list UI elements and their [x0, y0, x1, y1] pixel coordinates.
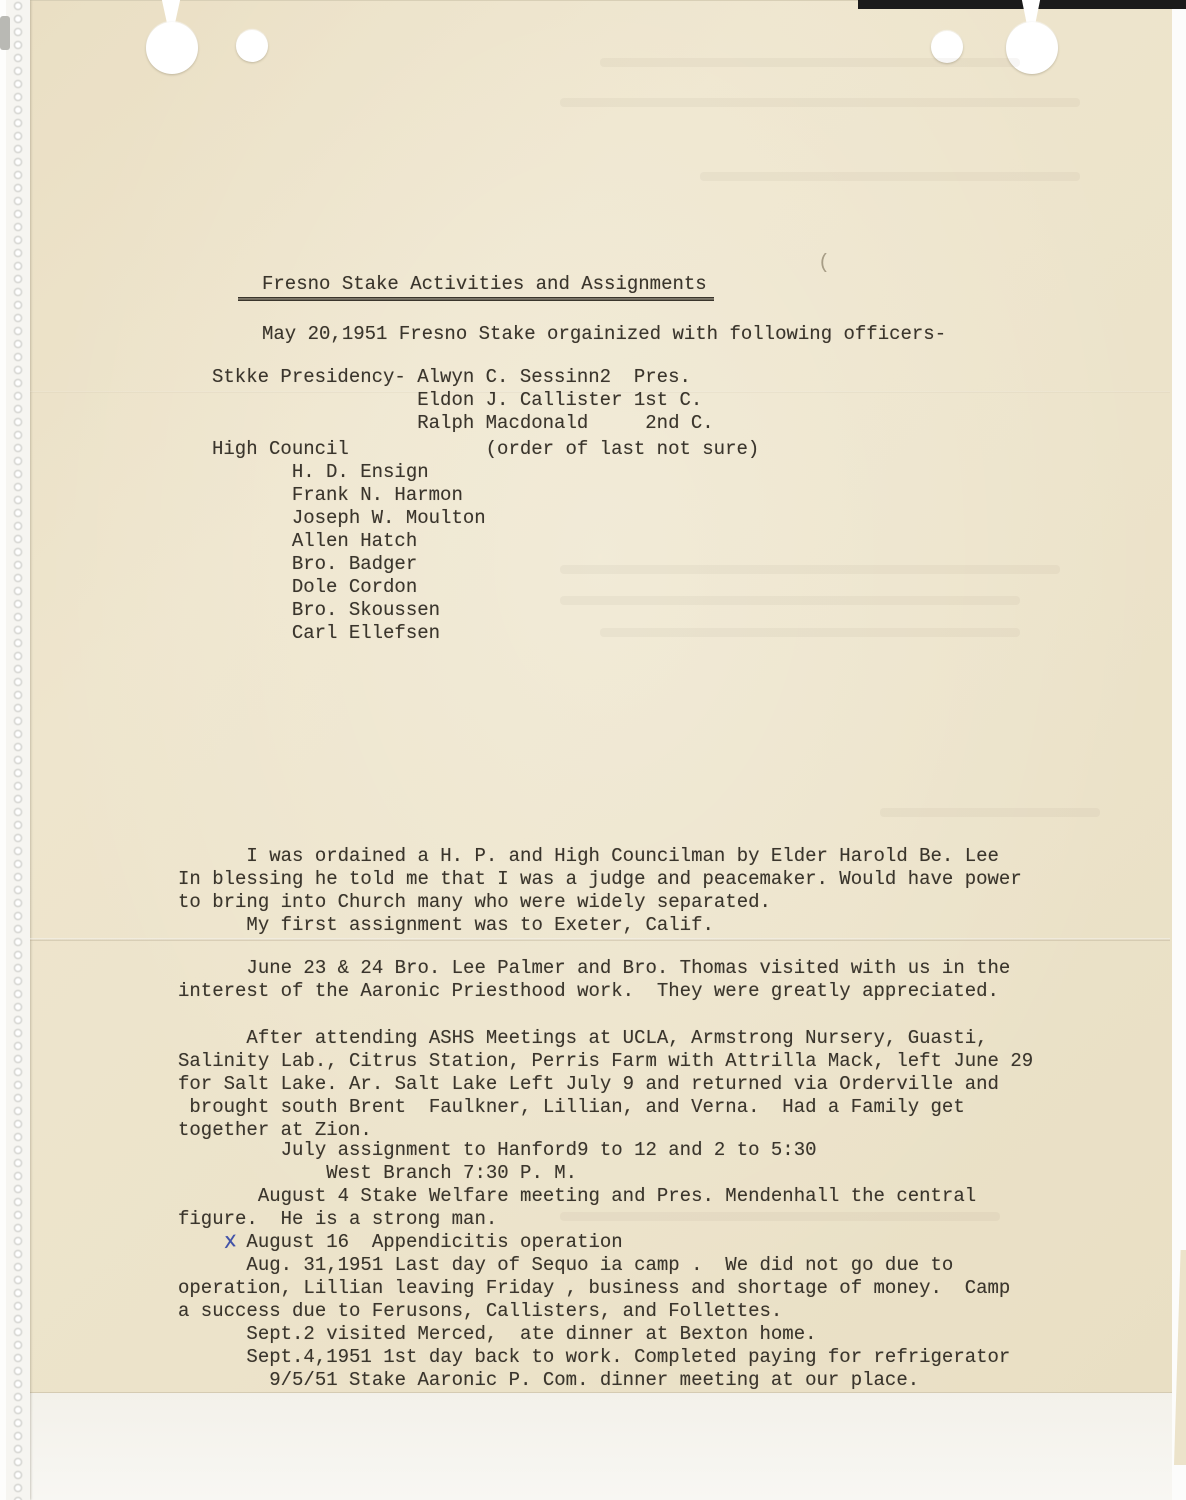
bleed-through-smudge — [600, 58, 1020, 67]
bleed-through-smudge — [560, 98, 1080, 107]
punch-hole-icon — [146, 22, 198, 74]
summer-trip-paragraph: After attending ASHS Meetings at UCLA, A… — [178, 1027, 1033, 1142]
high-council-list: High Council (order of last not sure) H.… — [212, 438, 759, 645]
stray-pencil-mark: ( — [818, 252, 830, 275]
scan-left-margin — [0, 0, 6, 1500]
punch-hole-icon — [236, 30, 268, 62]
june-visit-paragraph: June 23 & 24 Bro. Lee Palmer and Bro. Th… — [178, 957, 1010, 1003]
title-underline — [238, 297, 714, 301]
ordination-paragraph: I was ordained a H. P. and High Councilm… — [178, 845, 1022, 937]
binder-perforated-strip — [6, 0, 30, 1500]
stake-presidency-list: Stkke Presidency- Alwyn C. Sessinn2 Pres… — [212, 366, 714, 435]
scanned-document: Fresno Stake Activities and Assignments … — [0, 0, 1186, 1500]
bleed-through-smudge — [700, 172, 1080, 181]
organization-intro-line: May 20,1951 Fresno Stake orgainized with… — [262, 323, 946, 346]
bleed-through-smudge — [880, 808, 1100, 817]
backing-sheet — [28, 1392, 1172, 1500]
scanner-edge-bar — [858, 0, 1186, 9]
document-title: Fresno Stake Activities and Assignments — [262, 273, 707, 296]
fold-crease-middle — [30, 938, 1170, 941]
scan-corner-smudge — [0, 16, 10, 50]
fall-activities-list: July assignment to Hanford9 to 12 and 2 … — [178, 1139, 1010, 1392]
